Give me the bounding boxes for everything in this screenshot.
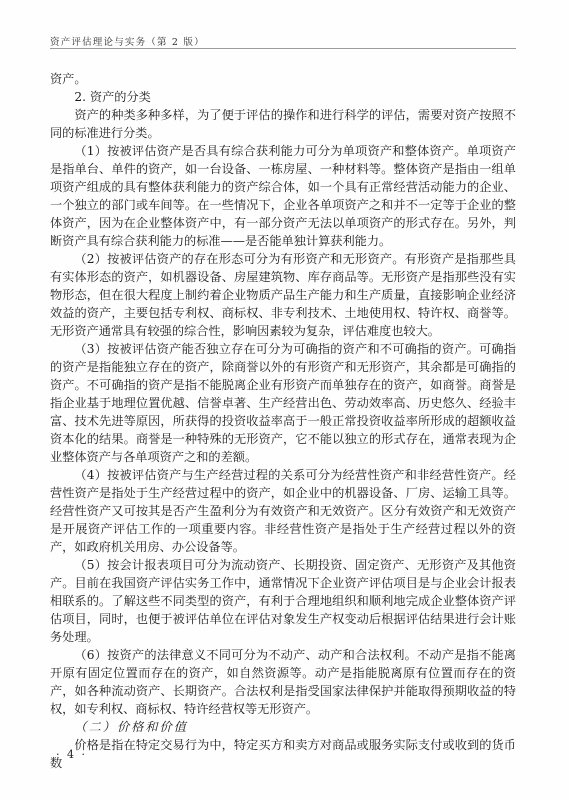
classification-item-2: （2）按被评估资产的存在形态可分为有形资产和无形资产。有形资产是指那些具有实体形… bbox=[50, 250, 516, 340]
subsection-heading-classification: 2. 资产的分类 bbox=[50, 88, 516, 106]
classification-item-1: （1）按被评估资产是否具有综合获利能力可分为单项资产和整体资产。单项资产是指单台… bbox=[50, 142, 516, 250]
subsection-heading-price-value: （二）价格和价值 bbox=[50, 718, 516, 736]
page-number: · 4 · bbox=[56, 748, 87, 761]
page-body: 资产。 2. 资产的分类 资产的种类多种多样，为了便于评估的操作和进行科学的评估… bbox=[50, 70, 516, 772]
classification-item-6: （6）按资产的法律意义不同可分为不动产、动产和合法权利。不动产是指不能离开原有固… bbox=[50, 646, 516, 718]
classification-item-4: （4）按被评估资产与生产经营过程的关系可分为经营性资产和非经营性资产。经营性资产… bbox=[50, 466, 516, 556]
intro-paragraph: 资产的种类多种多样，为了便于评估的操作和进行科学的评估，需要对资产按照不同的标准… bbox=[50, 106, 516, 142]
header-rule bbox=[50, 48, 516, 49]
book-title: 资产评估理论与实务（第 2 版） bbox=[50, 37, 205, 48]
running-header: 资产评估理论与实务（第 2 版） bbox=[50, 34, 516, 48]
classification-item-3: （3）按被评估资产能否独立存在可分为可确指的资产和不可确指的资产。可确指的资产是… bbox=[50, 340, 516, 466]
classification-item-5: （5）按会计报表项目可分为流动资产、长期投资、固定资产、无形资产及其他资产。目前… bbox=[50, 556, 516, 646]
book-page: 资产评估理论与实务（第 2 版） 资产。 2. 资产的分类 资产的种类多种多样，… bbox=[0, 0, 569, 800]
price-definition-paragraph: 价格是指在特定交易行为中，特定买方和卖方对商品或服务实际支付或收到的货币数 bbox=[50, 736, 516, 772]
carryover-text: 资产。 bbox=[50, 70, 516, 88]
